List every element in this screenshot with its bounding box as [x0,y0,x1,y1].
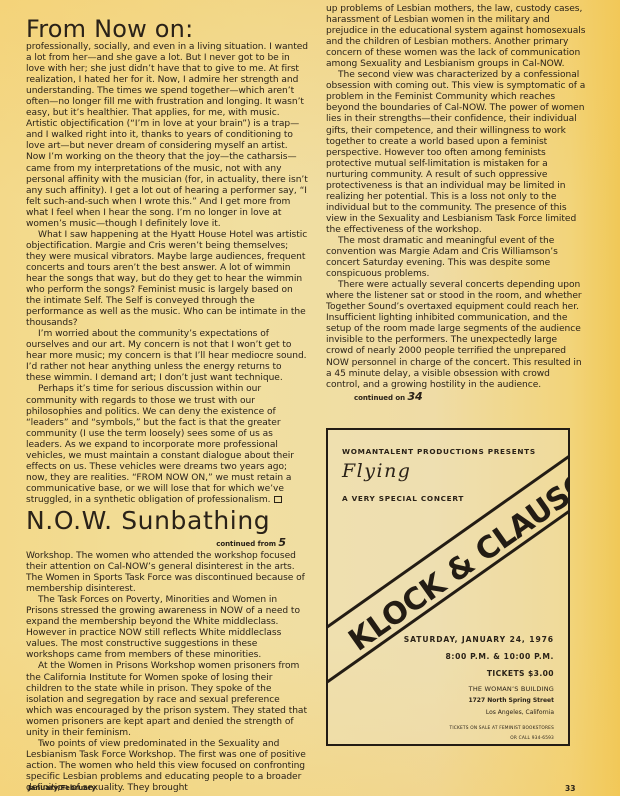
article1-paragraph: Perhaps it’s time for serious discussion… [26,384,308,506]
article2-paragraph: The Task Forces on Poverty, Minorities a… [26,595,308,661]
issue-label: January/February [28,784,96,792]
article-title-from-now-on: From Now on: [26,16,308,42]
ad-on-sale: TICKETS ON SALE AT FEMINIST BOOKSTORES [450,726,555,731]
article-title-now-sunbathing: N.O.W. Sunbathing [26,507,308,535]
continued-on-page: 34 [407,390,422,403]
right-column: up problems of Lesbian mothers, the law,… [326,4,586,404]
continued-on-label: continued on [354,394,405,402]
article2-paragraph: The most dramatic and meaningful event o… [326,236,586,280]
article1-paragraph: professionally, socially, and even in a … [26,42,308,230]
concert-advertisement: KLOCK & CLAUSON WOMANTALENT PRODUCTIONS … [326,428,570,746]
article2-paragraph-text: There were actually several concerts dep… [326,280,582,389]
ad-date: SATURDAY, JANUARY 24, 1976 [404,635,554,644]
left-column: From Now on: professionally, socially, a… [26,16,308,794]
ad-title: Flying [342,460,411,482]
page-number: 33 [565,784,575,793]
article2-paragraph: up problems of Lesbian mothers, the law,… [326,4,586,70]
ad-presenter: WOMANTALENT PRODUCTIONS PRESENTS [342,447,536,456]
ad-phone: OR CALL 934-6593 [510,736,554,741]
ad-street: 1727 North Spring Street [468,697,554,704]
ad-time: 8:00 P.M. & 10:00 P.M. [446,652,554,661]
ad-venue: THE WOMAN’S BUILDING [469,685,554,693]
ad-city: Los Angeles, California [486,709,554,716]
ad-tickets: TICKETS $3.00 [487,669,554,678]
continued-from-page: 5 [278,536,286,549]
continued-from: continued from 5 [26,537,286,550]
article1-paragraph: What I saw happening at the Hyatt House … [26,230,308,329]
continued-on: continued on 34 [354,394,423,402]
article2-paragraph: The second view was characterized by a c… [326,70,586,236]
article2-paragraph: At the Women in Prisons Workshop women p… [26,661,308,738]
continued-from-label: continued from [216,540,276,548]
article1-paragraph: I’m worried about the community’s expect… [26,329,308,384]
ad-subtitle: A VERY SPECIAL CONCERT [342,494,464,503]
end-mark-icon [274,496,282,503]
article2-paragraph: Workshop. The women who attended the wor… [26,551,308,595]
article2-paragraph: There were actually several concerts dep… [326,280,586,404]
article1-paragraph-text: Perhaps it’s time for serious discussion… [26,384,294,504]
